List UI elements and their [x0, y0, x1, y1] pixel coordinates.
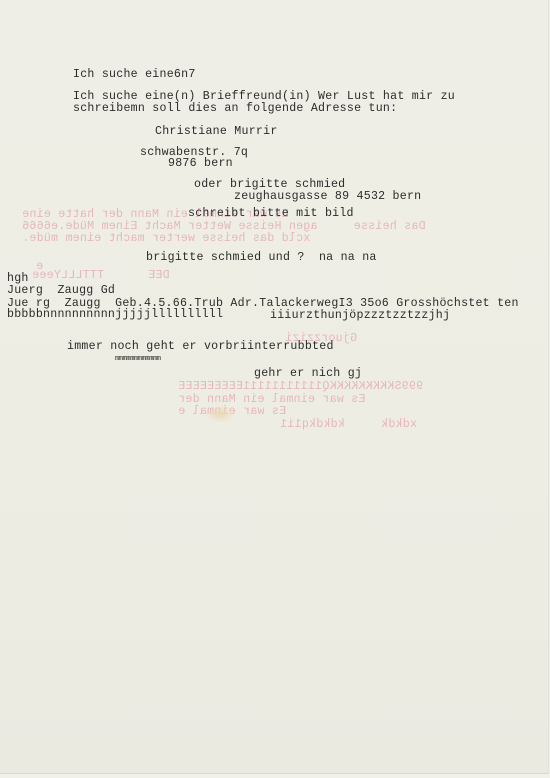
typed-line: zeughausgasse 89 4532 bern	[234, 190, 421, 203]
typed-line: schreibemn soll dies an folgende Adresse…	[73, 102, 397, 115]
typed-line: Ich suche eine6n7	[73, 68, 196, 81]
show-through-line: xdkdk kdkdkq1i1	[280, 418, 417, 431]
show-through-line: xcld das heisse werter macht einem müde.	[22, 232, 310, 245]
show-through-line: 999SKKKKKKKKKQ11111111111EEEEEEEEE	[178, 380, 423, 393]
paper-stain	[205, 405, 235, 423]
typewritten-page: Es war einmal ein Mann der hatte eine Da…	[0, 0, 549, 774]
show-through-line: DEE	[148, 269, 170, 282]
typed-line: Christiane Murrir	[155, 125, 278, 138]
show-through-line: e	[36, 260, 43, 273]
typed-line: Juerg Zaugg Gd	[7, 284, 115, 297]
typed-line: schreibt bitte mit bild	[188, 207, 354, 220]
typed-line: gehr er nich gj	[254, 367, 362, 380]
typed-line: bbbbbnnnnnnnnnnjjjjjllllllllll	[7, 308, 223, 321]
typed-line-compressed: mmmmmmmmmmmm	[115, 355, 161, 363]
typed-line: 9876 bern	[168, 157, 233, 170]
typed-line: iiiurzthunjöpzzztzztzzjhj	[270, 309, 450, 322]
typed-line: immer noch geht er vorbriinterrubbted	[67, 340, 334, 353]
typed-line: brigitte schmied und ? na na na	[146, 251, 377, 264]
